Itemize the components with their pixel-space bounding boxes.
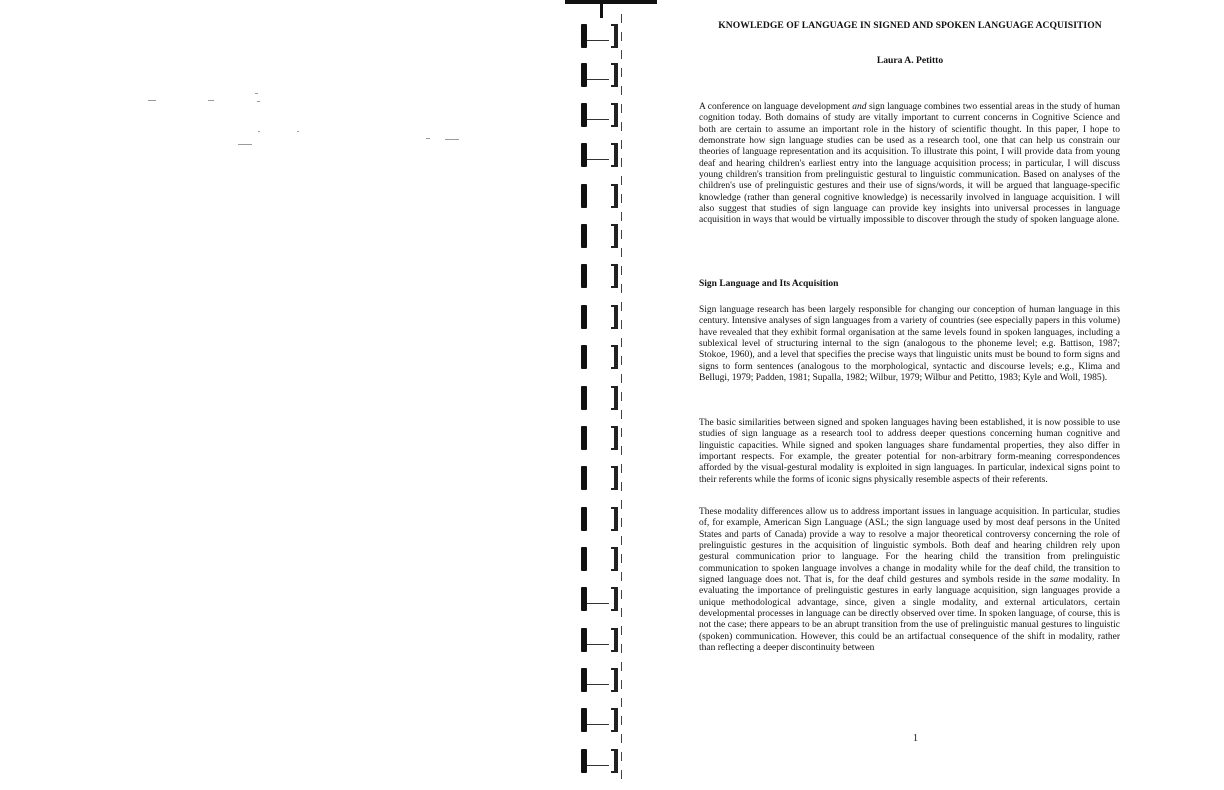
scan-speck — [258, 131, 260, 132]
scan-speck — [297, 131, 299, 132]
binding-ring — [578, 507, 624, 531]
abstract-paragraph: A conference on language development and… — [699, 102, 1120, 227]
document-title: KNOWLEDGE OF LANGUAGE IN SIGNED AND SPOK… — [660, 20, 1160, 31]
page-number: 1 — [913, 733, 918, 744]
binding-ring — [578, 224, 624, 248]
emphasis: same — [1050, 575, 1070, 585]
right-page: KNOWLEDGE OF LANGUAGE IN SIGNED AND SPOK… — [660, 0, 1224, 790]
binding-ring — [578, 63, 624, 87]
emphasis: and — [852, 102, 866, 112]
left-page-blank — [0, 0, 575, 790]
binding-ring — [578, 749, 624, 773]
scan-speck — [208, 100, 214, 101]
binding-ring — [578, 587, 624, 611]
binding-spine-line — [621, 14, 622, 784]
binding-ring — [578, 466, 624, 490]
scan-speck — [426, 138, 430, 139]
binding-ring — [578, 143, 624, 167]
section-heading: Sign Language and Its Acquisition — [699, 279, 838, 289]
binding-ring — [578, 426, 624, 450]
body-paragraph: The basic similarities between signed an… — [699, 418, 1120, 486]
scan-speck — [238, 144, 252, 145]
binding-ring — [578, 24, 624, 48]
body-paragraph: Sign language research has been largely … — [699, 305, 1120, 384]
binding-ring — [578, 628, 624, 652]
document-author: Laura A. Petitto — [660, 55, 1160, 66]
scan-speck — [257, 101, 260, 102]
binding-ring — [578, 305, 624, 329]
binding-ring — [578, 345, 624, 369]
binding-ring — [578, 184, 624, 208]
binding-ring — [578, 264, 624, 288]
scan-speck — [445, 139, 459, 140]
body-paragraph: These modality differences allow us to a… — [699, 507, 1120, 654]
scan-speck — [148, 100, 156, 101]
binding-ring — [578, 708, 624, 732]
binding-ring — [578, 547, 624, 571]
binding-ring — [578, 103, 624, 127]
scan-speck — [255, 93, 258, 94]
binding-ring — [578, 668, 624, 692]
binding-ring — [578, 386, 624, 410]
